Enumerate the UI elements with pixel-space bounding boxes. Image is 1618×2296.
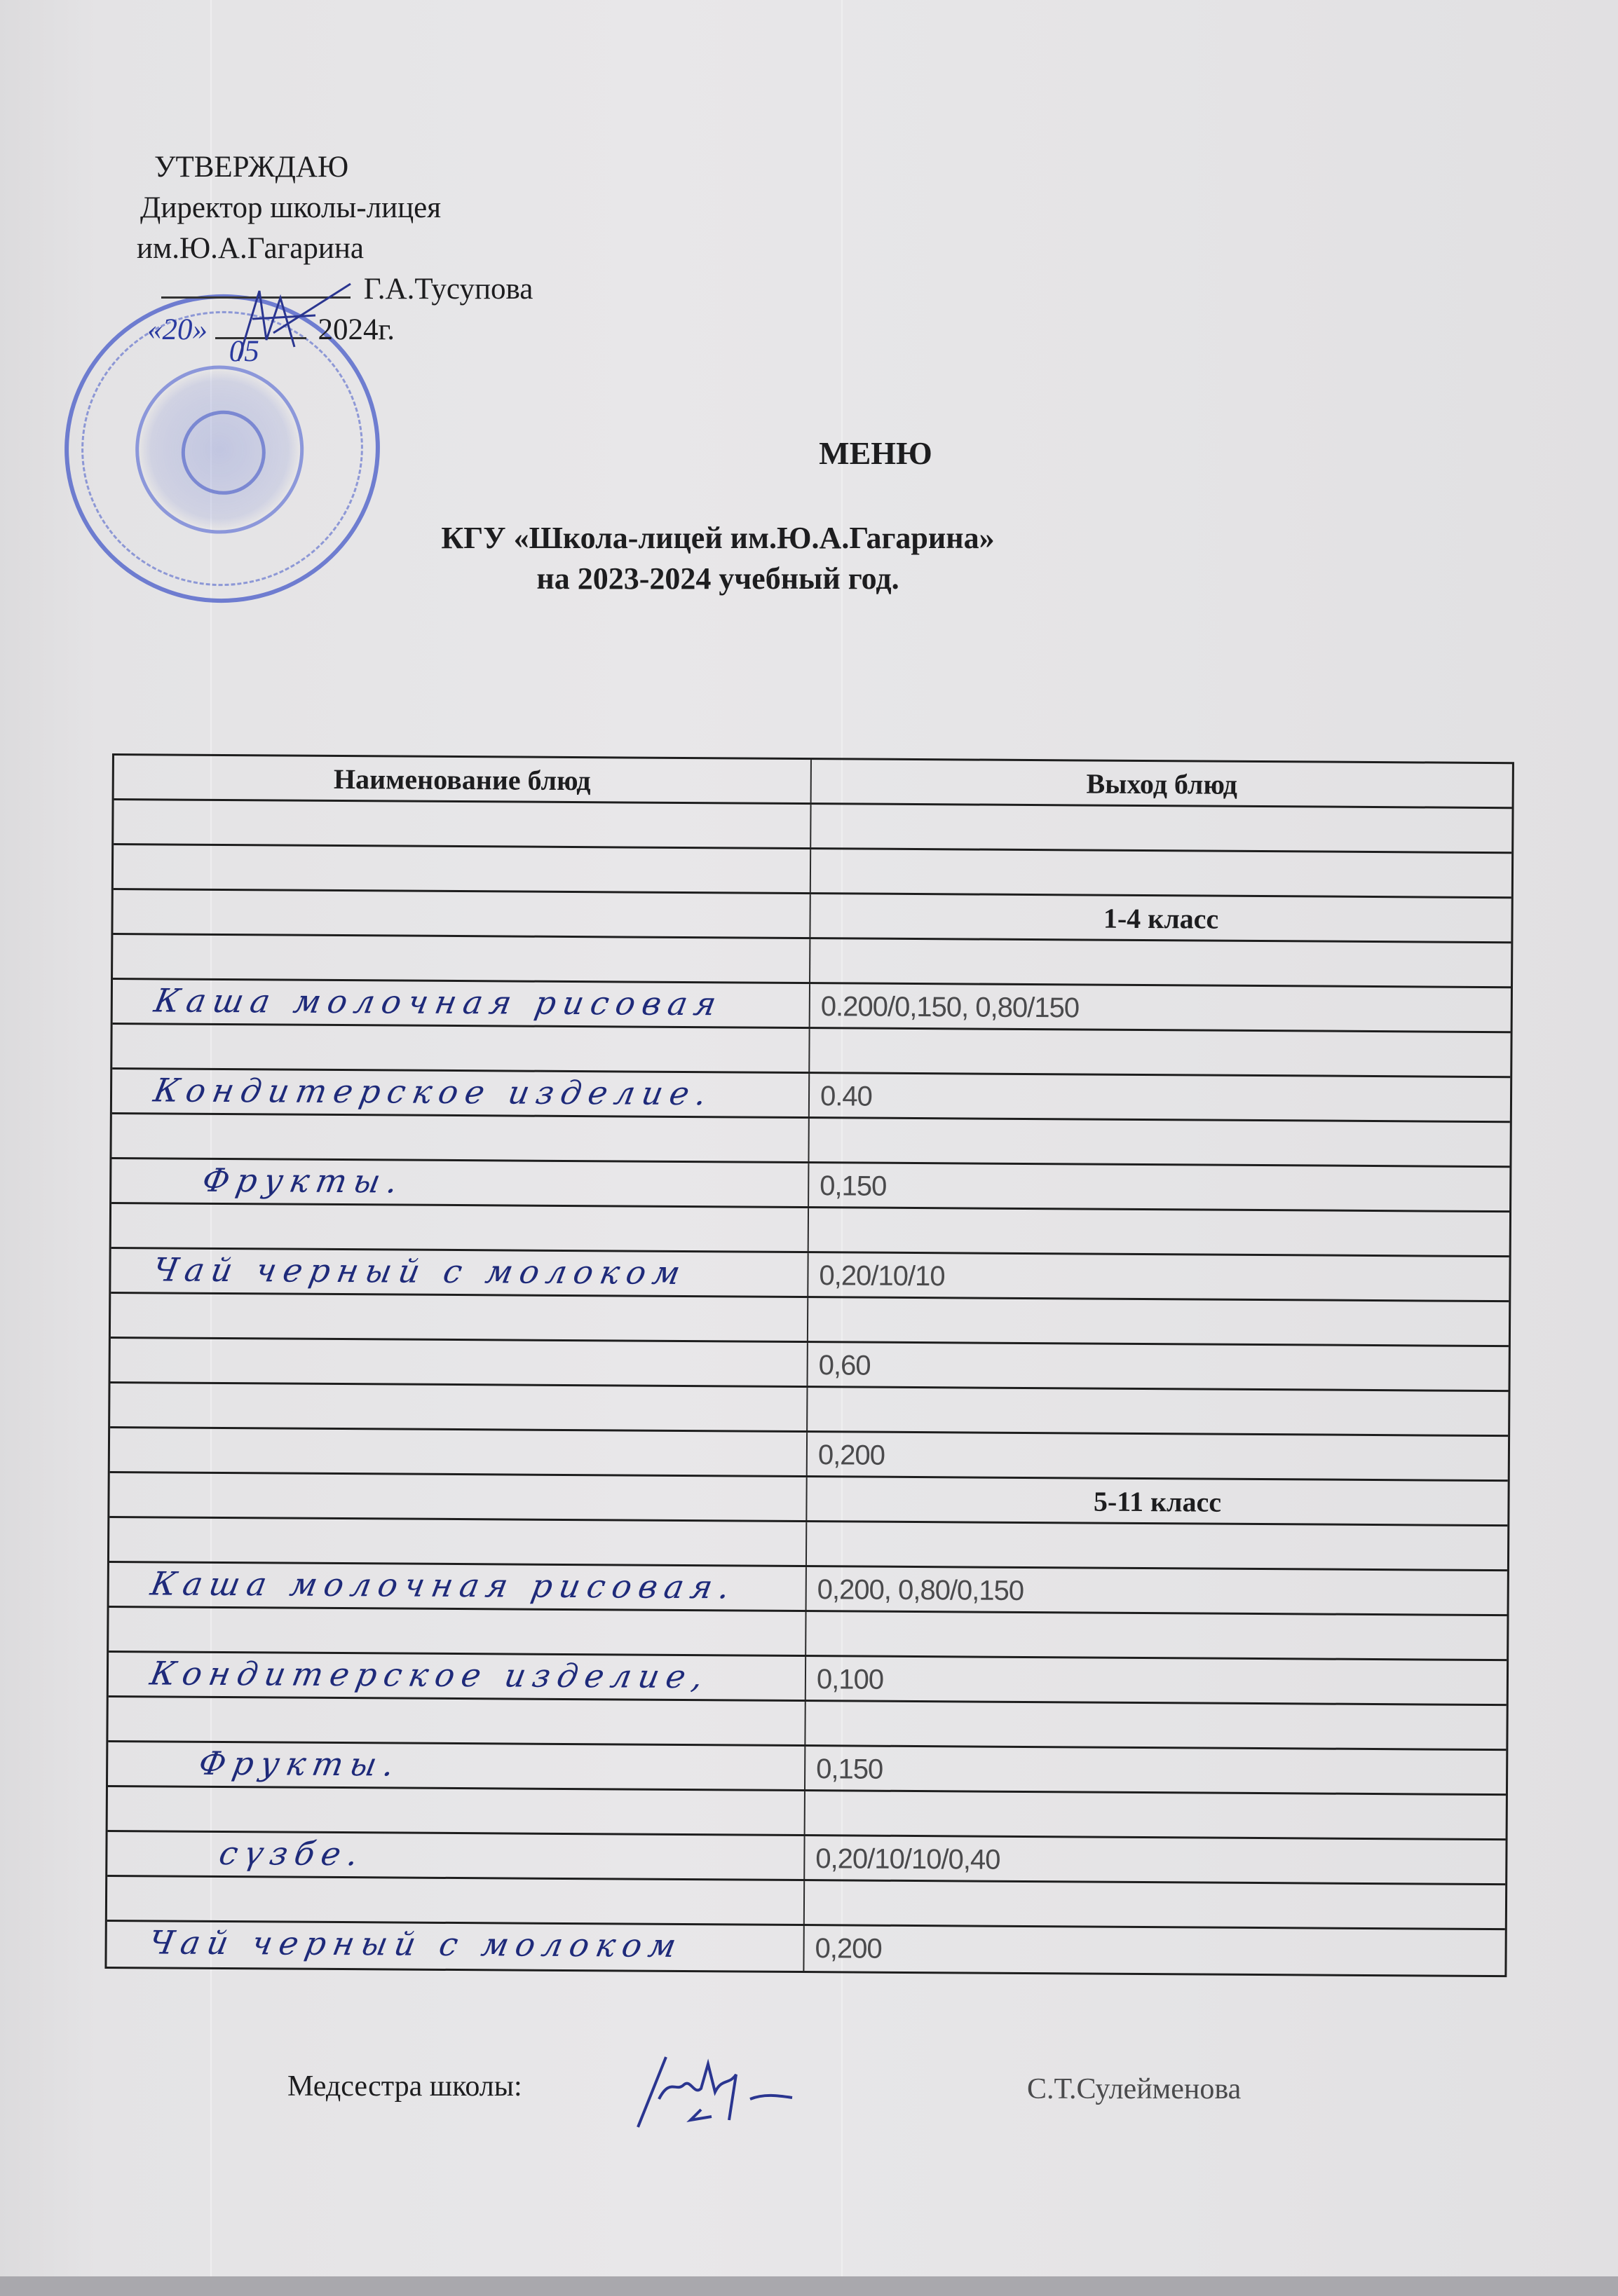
portion-value: 0,150 (816, 1747, 883, 1792)
portion-cell: 0,20/10/10 (808, 1253, 1509, 1300)
portion-cell (805, 1791, 1506, 1838)
table-row: Фрукты.0,150 (108, 1742, 1506, 1796)
dish-name: Фрукты. (199, 1161, 407, 1201)
dish-name: Каша молочная рисовая. (148, 1564, 740, 1606)
dish-cell (109, 1518, 807, 1565)
dish-name: Каша молочная рисовая (151, 981, 726, 1023)
dish-cell (109, 1608, 806, 1655)
column-header-portion: Выход блюд (812, 760, 1512, 807)
dish-cell: Кондитерское изделие, (109, 1653, 806, 1700)
portion-value: 0,60 (818, 1343, 870, 1388)
table-row (113, 935, 1511, 988)
class-group-label: 1-4 класс (810, 894, 1511, 941)
table-row: Чай черный с молоком0,20/10/10 (111, 1249, 1509, 1302)
dish-cell (110, 1383, 808, 1430)
portion-cell (805, 1881, 1505, 1928)
dish-cell (108, 1697, 805, 1744)
dish-name: Кондитерское изделие. (151, 1071, 716, 1112)
portion-cell: 0.40 (810, 1074, 1510, 1121)
dish-name: Фрукты. (196, 1744, 404, 1784)
dish-cell (114, 800, 811, 847)
dish-cell (113, 890, 810, 937)
nurse-signature (617, 2050, 883, 2134)
dish-cell (111, 1294, 808, 1341)
class-group-label: 5-11 класс (807, 1477, 1507, 1524)
portion-value: 0,200, 0,80/0,150 (817, 1567, 1024, 1613)
dish-cell: Каша молочная рисовая (113, 980, 810, 1027)
dish-name: Чай черный с молоком (146, 1923, 686, 1964)
table-row (111, 1114, 1509, 1168)
portion-cell (810, 939, 1511, 986)
dish-cell (111, 1339, 808, 1386)
portion-cell (807, 1522, 1507, 1569)
dish-cell: Кондитерское изделие. (112, 1070, 810, 1116)
portion-cell (809, 1119, 1509, 1166)
dish-cell: сүзбе. (107, 1832, 805, 1879)
portion-value: 0,100 (817, 1657, 883, 1702)
portion-value: 0.200/0,150, 0,80/150 (821, 984, 1080, 1030)
dish-cell (107, 1877, 805, 1924)
table-row: 0,60 (111, 1339, 1509, 1392)
organization-name: КГУ «Школа-лицей им.Ю.А.Гагарина» (0, 520, 1527, 556)
portion-cell: 0.200/0,150, 0,80/150 (810, 984, 1511, 1031)
class-group-row: 1-4 класс (113, 890, 1511, 943)
dish-cell (109, 1473, 807, 1520)
table-row (114, 800, 1511, 854)
portion-cell (810, 1029, 1510, 1076)
table-row: 0,200 (110, 1428, 1508, 1482)
portion-cell (809, 1208, 1509, 1255)
table-row (110, 1383, 1508, 1437)
portion-cell (811, 805, 1511, 852)
portion-value: 0,200 (818, 1433, 885, 1478)
portion-cell (806, 1612, 1507, 1659)
portion-value: 0,200 (815, 1926, 881, 1972)
portion-cell: 0,200 (808, 1433, 1508, 1480)
portion-cell (805, 1702, 1506, 1749)
menu-table: Наименование блюд Выход блюд 1-4 классКа… (104, 753, 1514, 1977)
dish-name: Чай черный с молоком (150, 1250, 691, 1292)
portion-cell (808, 1298, 1509, 1345)
dish-cell (108, 1787, 805, 1834)
table-row (108, 1787, 1506, 1840)
dish-cell: Фрукты. (108, 1742, 805, 1789)
table-row (109, 1518, 1507, 1571)
academic-year: на 2023-2024 учебный год. (0, 561, 1527, 596)
portion-cell (808, 1388, 1508, 1435)
portion-cell: 0,150 (809, 1163, 1509, 1210)
dish-cell (113, 935, 810, 982)
dish-cell: Каша молочная рисовая. (109, 1563, 807, 1610)
dish-cell (112, 1025, 810, 1072)
background-surface (0, 2276, 1618, 2296)
dish-cell (111, 1114, 809, 1161)
table-row (107, 1877, 1505, 1930)
dish-cell: Чай черный с молоком (107, 1922, 804, 1971)
portion-cell (811, 849, 1511, 896)
table-row (111, 1204, 1509, 1257)
dish-name: сүзбе. (216, 1834, 368, 1873)
table-row: сүзбе.0,20/10/10/0,40 (107, 1832, 1505, 1885)
date-day: «20» (147, 313, 208, 346)
dish-cell (111, 1204, 809, 1251)
signature-footer: Медсестра школы: С.Т.Сулейменова (0, 2050, 1618, 2120)
portion-cell: 0,200, 0,80/0,150 (807, 1567, 1507, 1614)
table-row (109, 1608, 1507, 1661)
table-row: Кондитерское изделие,0,100 (109, 1653, 1507, 1706)
table-row (111, 1294, 1509, 1347)
table-row: Чай черный с молоком0,200 (107, 1922, 1504, 1975)
dish-cell (110, 1428, 808, 1475)
dish-cell: Чай черный с молоком (111, 1249, 808, 1296)
approval-school: им.Ю.А.Гагарина (133, 228, 533, 269)
table-header-row: Наименование блюд Выход блюд (114, 756, 1512, 809)
table-row: Каша молочная рисовая.0,200, 0,80/0,150 (109, 1563, 1507, 1616)
dish-cell (114, 845, 811, 892)
table-row (108, 1697, 1506, 1751)
table-row: Фрукты.0,150 (111, 1159, 1509, 1212)
portion-cell: 0,20/10/10/0,40 (805, 1836, 1505, 1883)
table-row: Кондитерское изделие.0.40 (112, 1070, 1510, 1123)
portion-value: 0.40 (820, 1074, 872, 1119)
portion-cell: 0,60 (808, 1343, 1509, 1390)
nurse-name: С.Т.Сулейменова (1027, 2072, 1241, 2106)
class-group-row: 5-11 класс (109, 1473, 1507, 1526)
portion-cell: 0,100 (806, 1657, 1507, 1704)
portion-value: 0,150 (820, 1163, 886, 1209)
document-title: МЕНЮ (67, 435, 1618, 472)
table-row: Каша молочная рисовая0.200/0,150, 0,80/1… (113, 980, 1511, 1033)
director-signature (210, 277, 421, 375)
table-row (112, 1025, 1510, 1078)
table-row (114, 845, 1511, 898)
portion-cell: 0,200 (804, 1926, 1504, 1975)
portion-value: 0,20/10/10 (819, 1253, 944, 1299)
portion-value: 0,20/10/10/0,40 (815, 1836, 1000, 1882)
dish-cell: Фрукты. (111, 1159, 809, 1206)
portion-cell: 0,150 (805, 1747, 1506, 1793)
nurse-label: Медсестра школы: (287, 2070, 522, 2103)
approval-position: Директор школы-лицея (133, 188, 533, 228)
approval-heading: УТВЕРЖДАЮ (133, 147, 533, 188)
column-header-dish: Наименование блюд (114, 756, 812, 802)
dish-name: Кондитерское изделие, (147, 1654, 713, 1695)
